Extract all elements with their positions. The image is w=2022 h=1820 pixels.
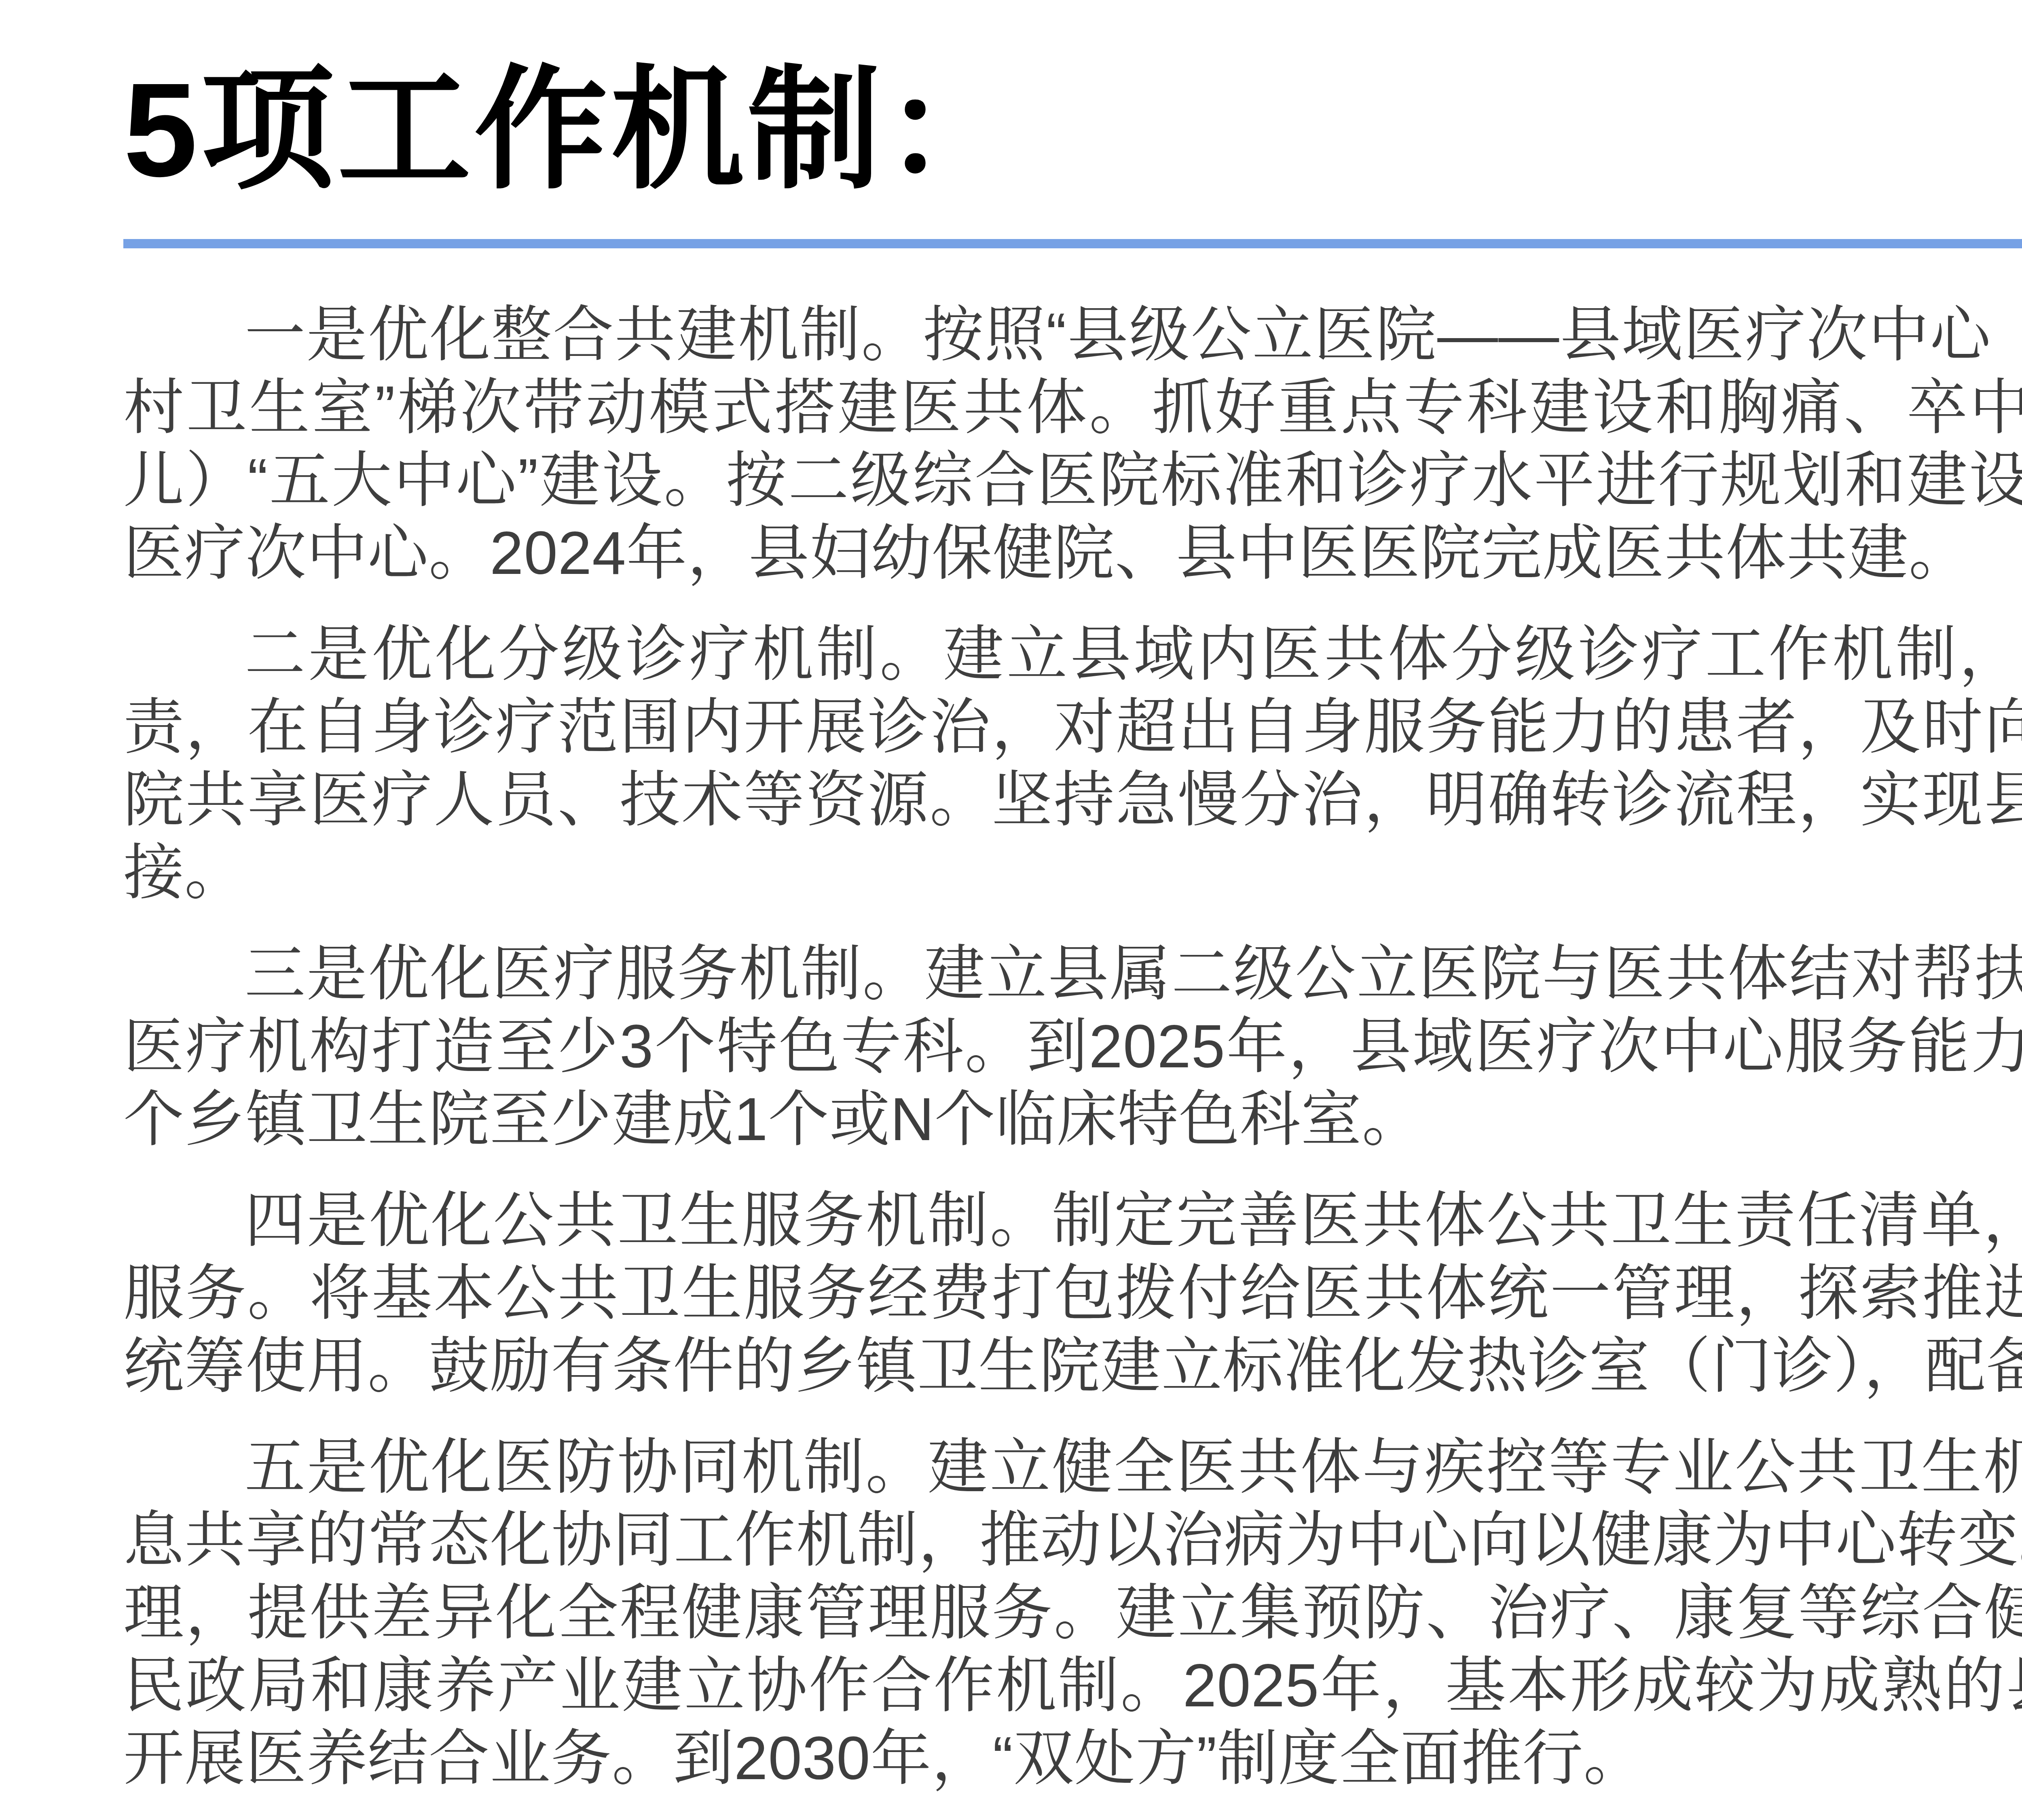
paragraph-mechanism-2: 二是优化分级诊疗机制。建立县域内医共体分级诊疗工作机制，明确医共体总院、分院及各… (123, 618, 2022, 909)
paragraph-mechanism-3: 三是优化医疗服务机制。建立县属二级公立医院与医共体结对帮扶机制，2025年底前结… (123, 937, 2022, 1155)
title-underline-rule (123, 239, 2022, 248)
page-title: 5项工作机制： (123, 60, 1021, 200)
body-text-block: 一是优化整合共建机制。按照“县级公立医院——县域医疗次中心（中心乡镇卫生院）——… (123, 298, 2022, 1795)
presentation-slide: 5项工作机制： 一是优化整合共建机制。按照“县级公立医院——县域医疗次中心（中心… (0, 0, 2022, 1820)
paragraph-mechanism-1: 一是优化整合共建机制。按照“县级公立医院——县域医疗次中心（中心乡镇卫生院）——… (123, 298, 2022, 589)
paragraph-mechanism-4: 四是优化公共卫生服务机制。制定完善医共体公共卫生责任清单，做实做细基本公共卫生和… (123, 1184, 2022, 1402)
paragraph-mechanism-5: 五是优化医防协同机制。建立健全医共体与疾控等专业公共卫生机构人才流动、交叉培训、… (123, 1431, 2022, 1795)
